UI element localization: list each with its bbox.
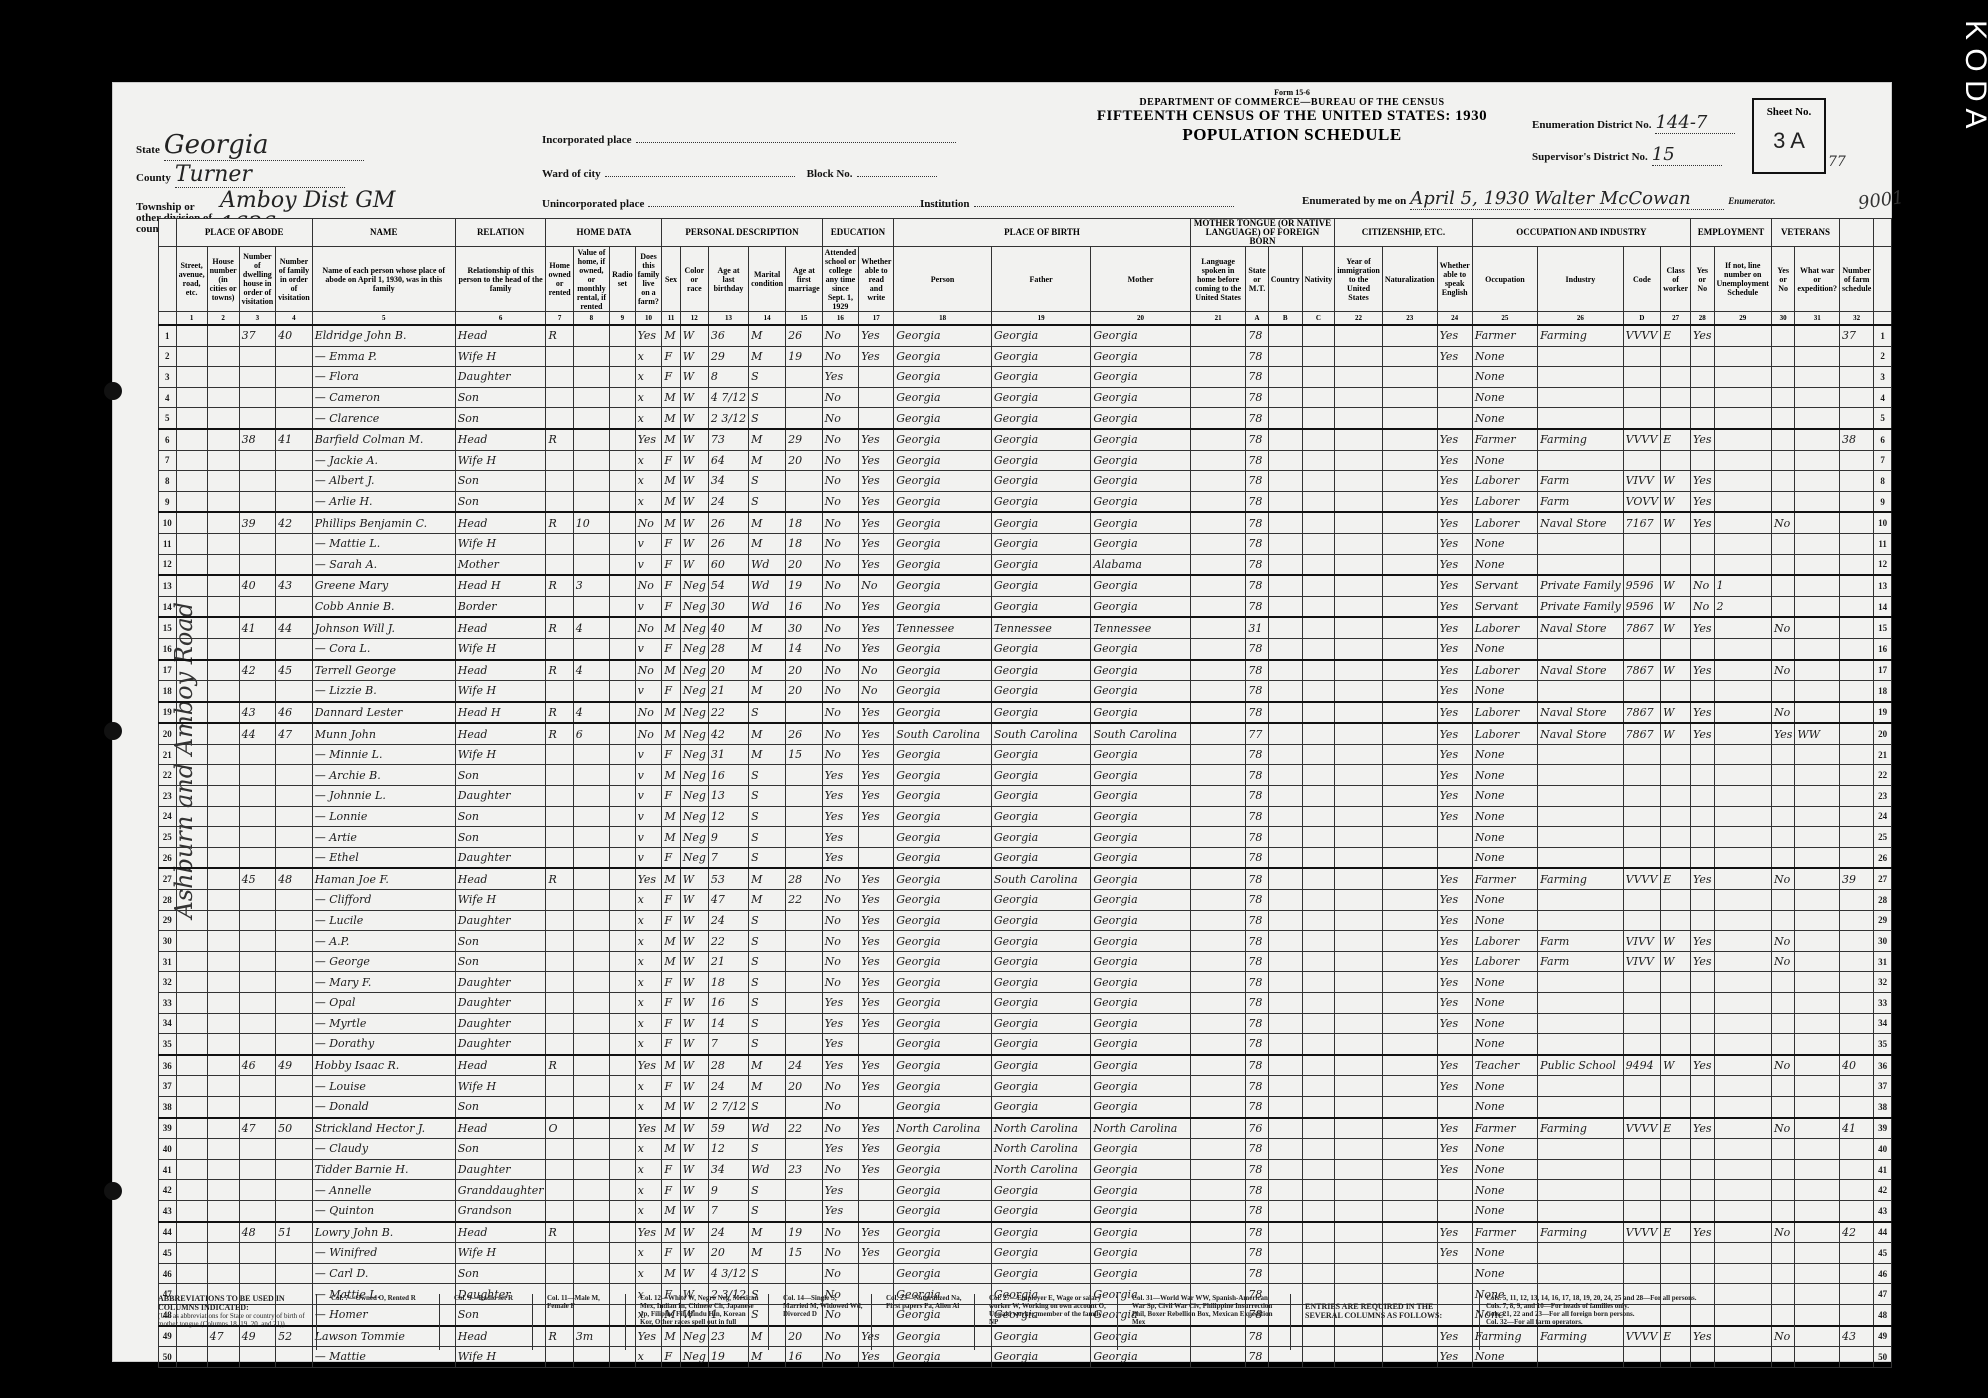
enumerator-name: Walter McCowan: [1534, 188, 1724, 210]
table-row: 42— AnnelleGranddaughterxFW9SYesGeorgiaG…: [159, 1180, 1892, 1201]
cell-birth-father: Georgia: [991, 660, 1090, 681]
cell-employed: Yes: [1691, 429, 1714, 450]
cell-immig: [1335, 1159, 1383, 1180]
cell-relation: Daughter: [455, 1034, 546, 1055]
cell-age: 21: [708, 681, 748, 702]
cell-natur: [1382, 827, 1437, 848]
cell-employed: Yes: [1691, 512, 1714, 533]
cell-read: Yes: [859, 1139, 894, 1160]
cell-code-a: 78: [1246, 408, 1268, 429]
cell-farm: v: [635, 847, 662, 868]
cell-radio: [610, 325, 635, 346]
line-number-right: 32: [1874, 972, 1892, 993]
cell-veteran: [1771, 387, 1794, 408]
cell-house-no: [207, 1159, 239, 1180]
cell-family: [276, 638, 313, 659]
cell-value: [573, 681, 609, 702]
line-number: 28: [159, 890, 177, 911]
cell-code-b: [1268, 533, 1302, 554]
cell-birth-father: Georgia: [991, 1034, 1090, 1055]
cell-english: Yes: [1437, 325, 1472, 346]
cell-employed: [1691, 1139, 1714, 1160]
cell-school: Yes: [822, 786, 859, 807]
cell-tenure: [546, 972, 573, 993]
cell-class: W: [1661, 471, 1691, 492]
table-row: 24— LonnieSonvMNeg12SYesYesGeorgiaGeorgi…: [159, 806, 1892, 827]
cell-code-c: [1302, 325, 1335, 346]
cell-employed: Yes: [1691, 617, 1714, 638]
cell-employed: [1691, 1076, 1714, 1097]
cell-farm-sched: [1839, 596, 1873, 617]
cell-house-no: [207, 367, 239, 388]
cell-school: No: [822, 533, 859, 554]
cell-english: Yes: [1437, 617, 1472, 638]
cell-immig: [1335, 617, 1383, 638]
cell-code-b: [1268, 491, 1302, 512]
cell-age: 73: [708, 429, 748, 450]
cell-immig: [1335, 1263, 1383, 1284]
line-number-right: 29: [1874, 910, 1892, 931]
cell-war: [1795, 681, 1840, 702]
cell-tenure: [546, 491, 573, 512]
cell-industry: [1538, 1076, 1624, 1097]
cell-tenure: [546, 951, 573, 972]
cell-birth-person: Georgia: [894, 1263, 992, 1284]
cell-first-marriage: [786, 387, 823, 408]
cell-sex: M: [662, 951, 680, 972]
cell-marital: S: [749, 1200, 786, 1221]
cell-street: [176, 1118, 207, 1139]
cell-farm-sched: [1839, 512, 1873, 533]
cell-farm-sched: [1839, 786, 1873, 807]
cell-natur: [1382, 575, 1437, 596]
cell-dwelling: 42: [239, 660, 276, 681]
cell-tenure: [546, 1200, 573, 1221]
abbrev-col9: Col. 9—Radio set R: [454, 1294, 533, 1350]
cell-natur: [1382, 993, 1437, 1014]
cell-birth-mother: Georgia: [1091, 951, 1190, 972]
cell-farm-sched: [1839, 972, 1873, 993]
cell-farm-sched: [1839, 1139, 1873, 1160]
cell-dwelling: [239, 890, 276, 911]
cell-farm: v: [635, 786, 662, 807]
cell-language: [1190, 512, 1246, 533]
cell-farm: v: [635, 533, 662, 554]
cell-birth-father: Georgia: [991, 951, 1090, 972]
cell-farm: x: [635, 1096, 662, 1117]
cell-tenure: [546, 765, 573, 786]
cell-read: [859, 387, 894, 408]
cell-dwelling: [239, 554, 276, 575]
cell-tenure: R: [546, 325, 573, 346]
cell-radio: [610, 1034, 635, 1055]
column-number-16: 16: [822, 312, 859, 326]
cell-employed: No: [1691, 575, 1714, 596]
cell-first-marriage: [786, 408, 823, 429]
cell-read: No: [859, 660, 894, 681]
cell-radio: [610, 575, 635, 596]
cell-race: Neg: [680, 827, 708, 848]
cell-name: — Lizzie B.: [312, 681, 455, 702]
cell-war: [1795, 1118, 1840, 1139]
cell-veteran: [1771, 744, 1794, 765]
cell-name: Greene Mary: [312, 575, 455, 596]
cell-farm: x: [635, 1180, 662, 1201]
cell-industry: [1538, 346, 1624, 367]
cell-code-b: [1268, 1222, 1302, 1243]
cell-war: [1795, 1159, 1840, 1180]
cell-war: [1795, 786, 1840, 807]
column-header-8: Value of home, if owned, or monthly rent…: [573, 247, 609, 312]
cell-first-marriage: [786, 806, 823, 827]
cell-immig: [1335, 1180, 1383, 1201]
cell-family: [276, 491, 313, 512]
cell-age: 24: [708, 491, 748, 512]
cell-dwelling: [239, 408, 276, 429]
cell-school: No: [822, 1243, 859, 1264]
cell-radio: [610, 951, 635, 972]
cell-family: [276, 1180, 313, 1201]
cell-birth-father: South Carolina: [991, 723, 1090, 744]
cell-war: [1795, 450, 1840, 471]
cell-ind-code: [1623, 806, 1660, 827]
population-schedule-table: PLACE OF ABODE NAME RELATION HOME DATA P…: [158, 218, 1892, 1368]
cell-relation: Son: [455, 765, 546, 786]
cell-code-a: 78: [1246, 1034, 1268, 1055]
cell-employed: [1691, 786, 1714, 807]
cell-industry: Public School: [1538, 1055, 1624, 1076]
cell-immig: [1335, 554, 1383, 575]
cell-farm-sched: [1839, 617, 1873, 638]
cell-war: [1795, 765, 1840, 786]
cell-occupation: Laborer: [1472, 931, 1537, 952]
line-number: 31: [159, 951, 177, 972]
cell-ind-code: [1623, 367, 1660, 388]
cell-language: [1190, 827, 1246, 848]
cell-english: [1437, 1096, 1472, 1117]
state-label: State: [136, 144, 160, 156]
cell-birth-mother: Georgia: [1091, 1076, 1190, 1097]
line-number-right: 23: [1874, 786, 1892, 807]
line-number-right: 24: [1874, 806, 1892, 827]
cell-marital: S: [749, 786, 786, 807]
cell-sex: F: [662, 1034, 680, 1055]
cell-unemp-line: [1714, 450, 1771, 471]
cell-code-a: 78: [1246, 868, 1268, 889]
cell-relation: Head: [455, 660, 546, 681]
institution-label: Institution: [920, 198, 970, 210]
cell-name: — Cora L.: [312, 638, 455, 659]
cell-name: Munn John: [312, 723, 455, 744]
cell-marital: M: [749, 1055, 786, 1076]
cell-tenure: R: [546, 575, 573, 596]
cell-dwelling: [239, 786, 276, 807]
column-number-D: D: [1623, 312, 1660, 326]
cell-birth-mother: Georgia: [1091, 890, 1190, 911]
column-header-26: Naturalization: [1382, 247, 1437, 312]
cell-relation: Wife H: [455, 1243, 546, 1264]
cell-birth-mother: Georgia: [1091, 744, 1190, 765]
cell-sex: F: [662, 910, 680, 931]
cell-class: W: [1661, 723, 1691, 744]
cell-occupation: Laborer: [1472, 512, 1537, 533]
cell-tenure: R: [546, 660, 573, 681]
cell-birth-mother: Georgia: [1091, 827, 1190, 848]
cell-house-no: [207, 931, 239, 952]
cell-dwelling: [239, 1159, 276, 1180]
cell-house-no: [207, 1222, 239, 1243]
cell-industry: Private Family: [1538, 596, 1624, 617]
cell-dwelling: [239, 744, 276, 765]
cell-code-c: [1302, 1118, 1335, 1139]
cell-age: 2 3/12: [708, 408, 748, 429]
cell-school: Yes: [822, 1180, 859, 1201]
cell-school: No: [822, 931, 859, 952]
cell-relation: Son: [455, 387, 546, 408]
cell-marital: Wd: [749, 596, 786, 617]
cell-birth-father: Georgia: [991, 408, 1090, 429]
cell-birth-person: Georgia: [894, 931, 992, 952]
cell-natur: [1382, 868, 1437, 889]
column-number-19: 19: [991, 312, 1090, 326]
cell-veteran: No: [1771, 1222, 1794, 1243]
cell-employed: [1691, 827, 1714, 848]
cell-first-marriage: [786, 367, 823, 388]
cell-first-marriage: 22: [786, 890, 823, 911]
cell-code-c: [1302, 450, 1335, 471]
cell-house-no: [207, 1013, 239, 1034]
cell-code-c: [1302, 533, 1335, 554]
cell-occupation: Farmer: [1472, 868, 1537, 889]
cell-war: [1795, 429, 1840, 450]
cell-employed: [1691, 367, 1714, 388]
table-row: 9— Arlie H.SonxMW24SNoYesGeorgiaGeorgiaG…: [159, 491, 1892, 512]
cell-read: Yes: [859, 325, 894, 346]
cell-class: [1661, 1096, 1691, 1117]
cell-farm-sched: [1839, 1284, 1873, 1305]
cell-industry: [1538, 1139, 1624, 1160]
cell-value: [573, 1118, 609, 1139]
cell-house-no: [207, 638, 239, 659]
cell-farm-sched: [1839, 1304, 1873, 1325]
cell-name: — George: [312, 951, 455, 972]
cell-occupation: None: [1472, 847, 1537, 868]
group-name: NAME: [312, 219, 455, 247]
cell-relation: Daughter: [455, 1159, 546, 1180]
cell-birth-mother: Georgia: [1091, 325, 1190, 346]
cell-war: WW: [1795, 723, 1840, 744]
cell-class: [1661, 450, 1691, 471]
group-employment: EMPLOYMENT: [1691, 219, 1772, 247]
cell-war: [1795, 471, 1840, 492]
cell-house-no: [207, 471, 239, 492]
column-header-1: Street, avenue, road, etc.: [176, 247, 207, 312]
cell-occupation: None: [1472, 786, 1537, 807]
cell-code-b: [1268, 387, 1302, 408]
cell-family: [276, 1034, 313, 1055]
cell-veteran: No: [1771, 702, 1794, 724]
cell-unemp-line: [1714, 723, 1771, 744]
cell-birth-mother: Georgia: [1091, 1180, 1190, 1201]
cell-value: [573, 1034, 609, 1055]
cell-unemp-line: [1714, 1159, 1771, 1180]
cell-radio: [610, 1159, 635, 1180]
line-number-right: 5: [1874, 408, 1892, 429]
cell-farm-sched: [1839, 408, 1873, 429]
cell-code-a: 78: [1246, 554, 1268, 575]
cell-ind-code: 9494: [1623, 1055, 1660, 1076]
cell-immig: [1335, 596, 1383, 617]
cell-farm-sched: [1839, 387, 1873, 408]
enumerated-label: Enumerated by me on: [1302, 195, 1406, 207]
cell-first-marriage: [786, 1139, 823, 1160]
cell-unemp-line: [1714, 910, 1771, 931]
cell-value: [573, 1200, 609, 1221]
cell-ind-code: [1623, 1263, 1660, 1284]
cell-radio: [610, 471, 635, 492]
cell-birth-father: Georgia: [991, 638, 1090, 659]
cell-tenure: R: [546, 429, 573, 450]
cell-street: [176, 1096, 207, 1117]
cell-unemp-line: [1714, 806, 1771, 827]
cell-birth-father: Georgia: [991, 1013, 1090, 1034]
table-row: 23— Johnnie L.DaughtervFNeg13SYesYesGeor…: [159, 786, 1892, 807]
cell-farm: v: [635, 744, 662, 765]
schedule-title: POPULATION SCHEDULE: [1012, 125, 1572, 145]
cell-industry: [1538, 1200, 1624, 1221]
cell-race: W: [680, 1200, 708, 1221]
cell-family: [276, 1200, 313, 1221]
line-number-right: 4: [1874, 387, 1892, 408]
cell-farm-sched: [1839, 1096, 1873, 1117]
cell-occupation: None: [1472, 1139, 1537, 1160]
cell-name: — Mary F.: [312, 972, 455, 993]
cell-street: [176, 325, 207, 346]
abbrev-col7: Col. 7—Owned O, Rented R: [331, 1294, 440, 1350]
cell-employed: [1691, 910, 1714, 931]
cell-first-marriage: 18: [786, 512, 823, 533]
cell-first-marriage: [786, 972, 823, 993]
cell-ind-code: [1623, 1013, 1660, 1034]
cell-sex: F: [662, 1076, 680, 1097]
cell-house-no: [207, 533, 239, 554]
cell-natur: [1382, 660, 1437, 681]
cell-value: [573, 910, 609, 931]
cell-immig: [1335, 367, 1383, 388]
column-number-28: 28: [1691, 312, 1714, 326]
column-number-14: 14: [749, 312, 786, 326]
cell-occupation: None: [1472, 993, 1537, 1014]
cell-code-a: 78: [1246, 533, 1268, 554]
table-row: 154144Johnson Will J.HeadR4NoMNeg40M30No…: [159, 617, 1892, 638]
cell-veteran: [1771, 1263, 1794, 1284]
abbrev-col27: Col. 27—Employer E, Wage or salary worke…: [989, 1294, 1118, 1350]
cell-first-marriage: [786, 786, 823, 807]
cell-code-a: 78: [1246, 827, 1268, 848]
cell-unemp-line: [1714, 993, 1771, 1014]
column-number-7: 7: [546, 312, 573, 326]
cell-school: No: [822, 596, 859, 617]
cell-marital: S: [749, 951, 786, 972]
cell-veteran: No: [1771, 1118, 1794, 1139]
cell-ind-code: 7867: [1623, 702, 1660, 724]
cell-radio: [610, 638, 635, 659]
cell-birth-person: Georgia: [894, 1055, 992, 1076]
cell-radio: [610, 408, 635, 429]
cell-read: Yes: [859, 1055, 894, 1076]
cell-sex: M: [662, 1222, 680, 1243]
cell-code-c: [1302, 638, 1335, 659]
cell-english: Yes: [1437, 765, 1472, 786]
abbrev-col14: Col. 14—Single S, Married M, Widowed Wd,…: [783, 1294, 872, 1350]
cell-school: No: [822, 617, 859, 638]
line-number: 17: [159, 660, 177, 681]
cell-farm-sched: [1839, 1076, 1873, 1097]
cell-read: Yes: [859, 638, 894, 659]
cell-unemp-line: [1714, 972, 1771, 993]
cell-dwelling: [239, 1139, 276, 1160]
cell-birth-mother: Georgia: [1091, 429, 1190, 450]
cell-name: Lowry John B.: [312, 1222, 455, 1243]
cell-birth-person: Georgia: [894, 491, 992, 512]
cell-value: [573, 1180, 609, 1201]
cell-unemp-line: [1714, 702, 1771, 724]
cell-natur: [1382, 1055, 1437, 1076]
cell-sex: M: [662, 325, 680, 346]
cell-code-a: 78: [1246, 890, 1268, 911]
cell-ind-code: [1623, 1180, 1660, 1201]
cell-tenure: [546, 993, 573, 1014]
cell-relation: Granddaughter: [455, 1180, 546, 1201]
cell-family: 49: [276, 1055, 313, 1076]
cell-school: No: [822, 723, 859, 744]
cell-value: 6: [573, 723, 609, 744]
cell-marital: M: [749, 1076, 786, 1097]
cell-code-c: [1302, 806, 1335, 827]
cell-language: [1190, 367, 1246, 388]
cell-marital: M: [749, 533, 786, 554]
cell-ind-code: [1623, 681, 1660, 702]
cell-farm-sched: [1839, 1243, 1873, 1264]
cell-ind-code: [1623, 744, 1660, 765]
column-number-13: 13: [708, 312, 748, 326]
cell-name: — Opal: [312, 993, 455, 1014]
cell-dwelling: [239, 387, 276, 408]
cell-veteran: No: [1771, 868, 1794, 889]
cell-name: — Winifred: [312, 1243, 455, 1264]
cell-school: No: [822, 512, 859, 533]
cell-farm: x: [635, 491, 662, 512]
cell-street: [176, 1180, 207, 1201]
cell-dwelling: 43: [239, 702, 276, 724]
cell-marital: M: [749, 868, 786, 889]
cell-race: W: [680, 325, 708, 346]
cell-farm: x: [635, 931, 662, 952]
cell-marital: M: [749, 429, 786, 450]
cell-name: — Arlie H.: [312, 491, 455, 512]
cell-family: 41: [276, 429, 313, 450]
cell-race: W: [680, 993, 708, 1014]
cell-value: [573, 1096, 609, 1117]
cell-sex: F: [662, 890, 680, 911]
cell-farm-sched: 41: [1839, 1118, 1873, 1139]
cell-house-no: [207, 723, 239, 744]
cell-ind-code: VIVV: [1623, 471, 1660, 492]
line-number: 8: [159, 471, 177, 492]
cell-code-a: 78: [1246, 367, 1268, 388]
cell-immig: [1335, 471, 1383, 492]
cell-sex: M: [662, 512, 680, 533]
